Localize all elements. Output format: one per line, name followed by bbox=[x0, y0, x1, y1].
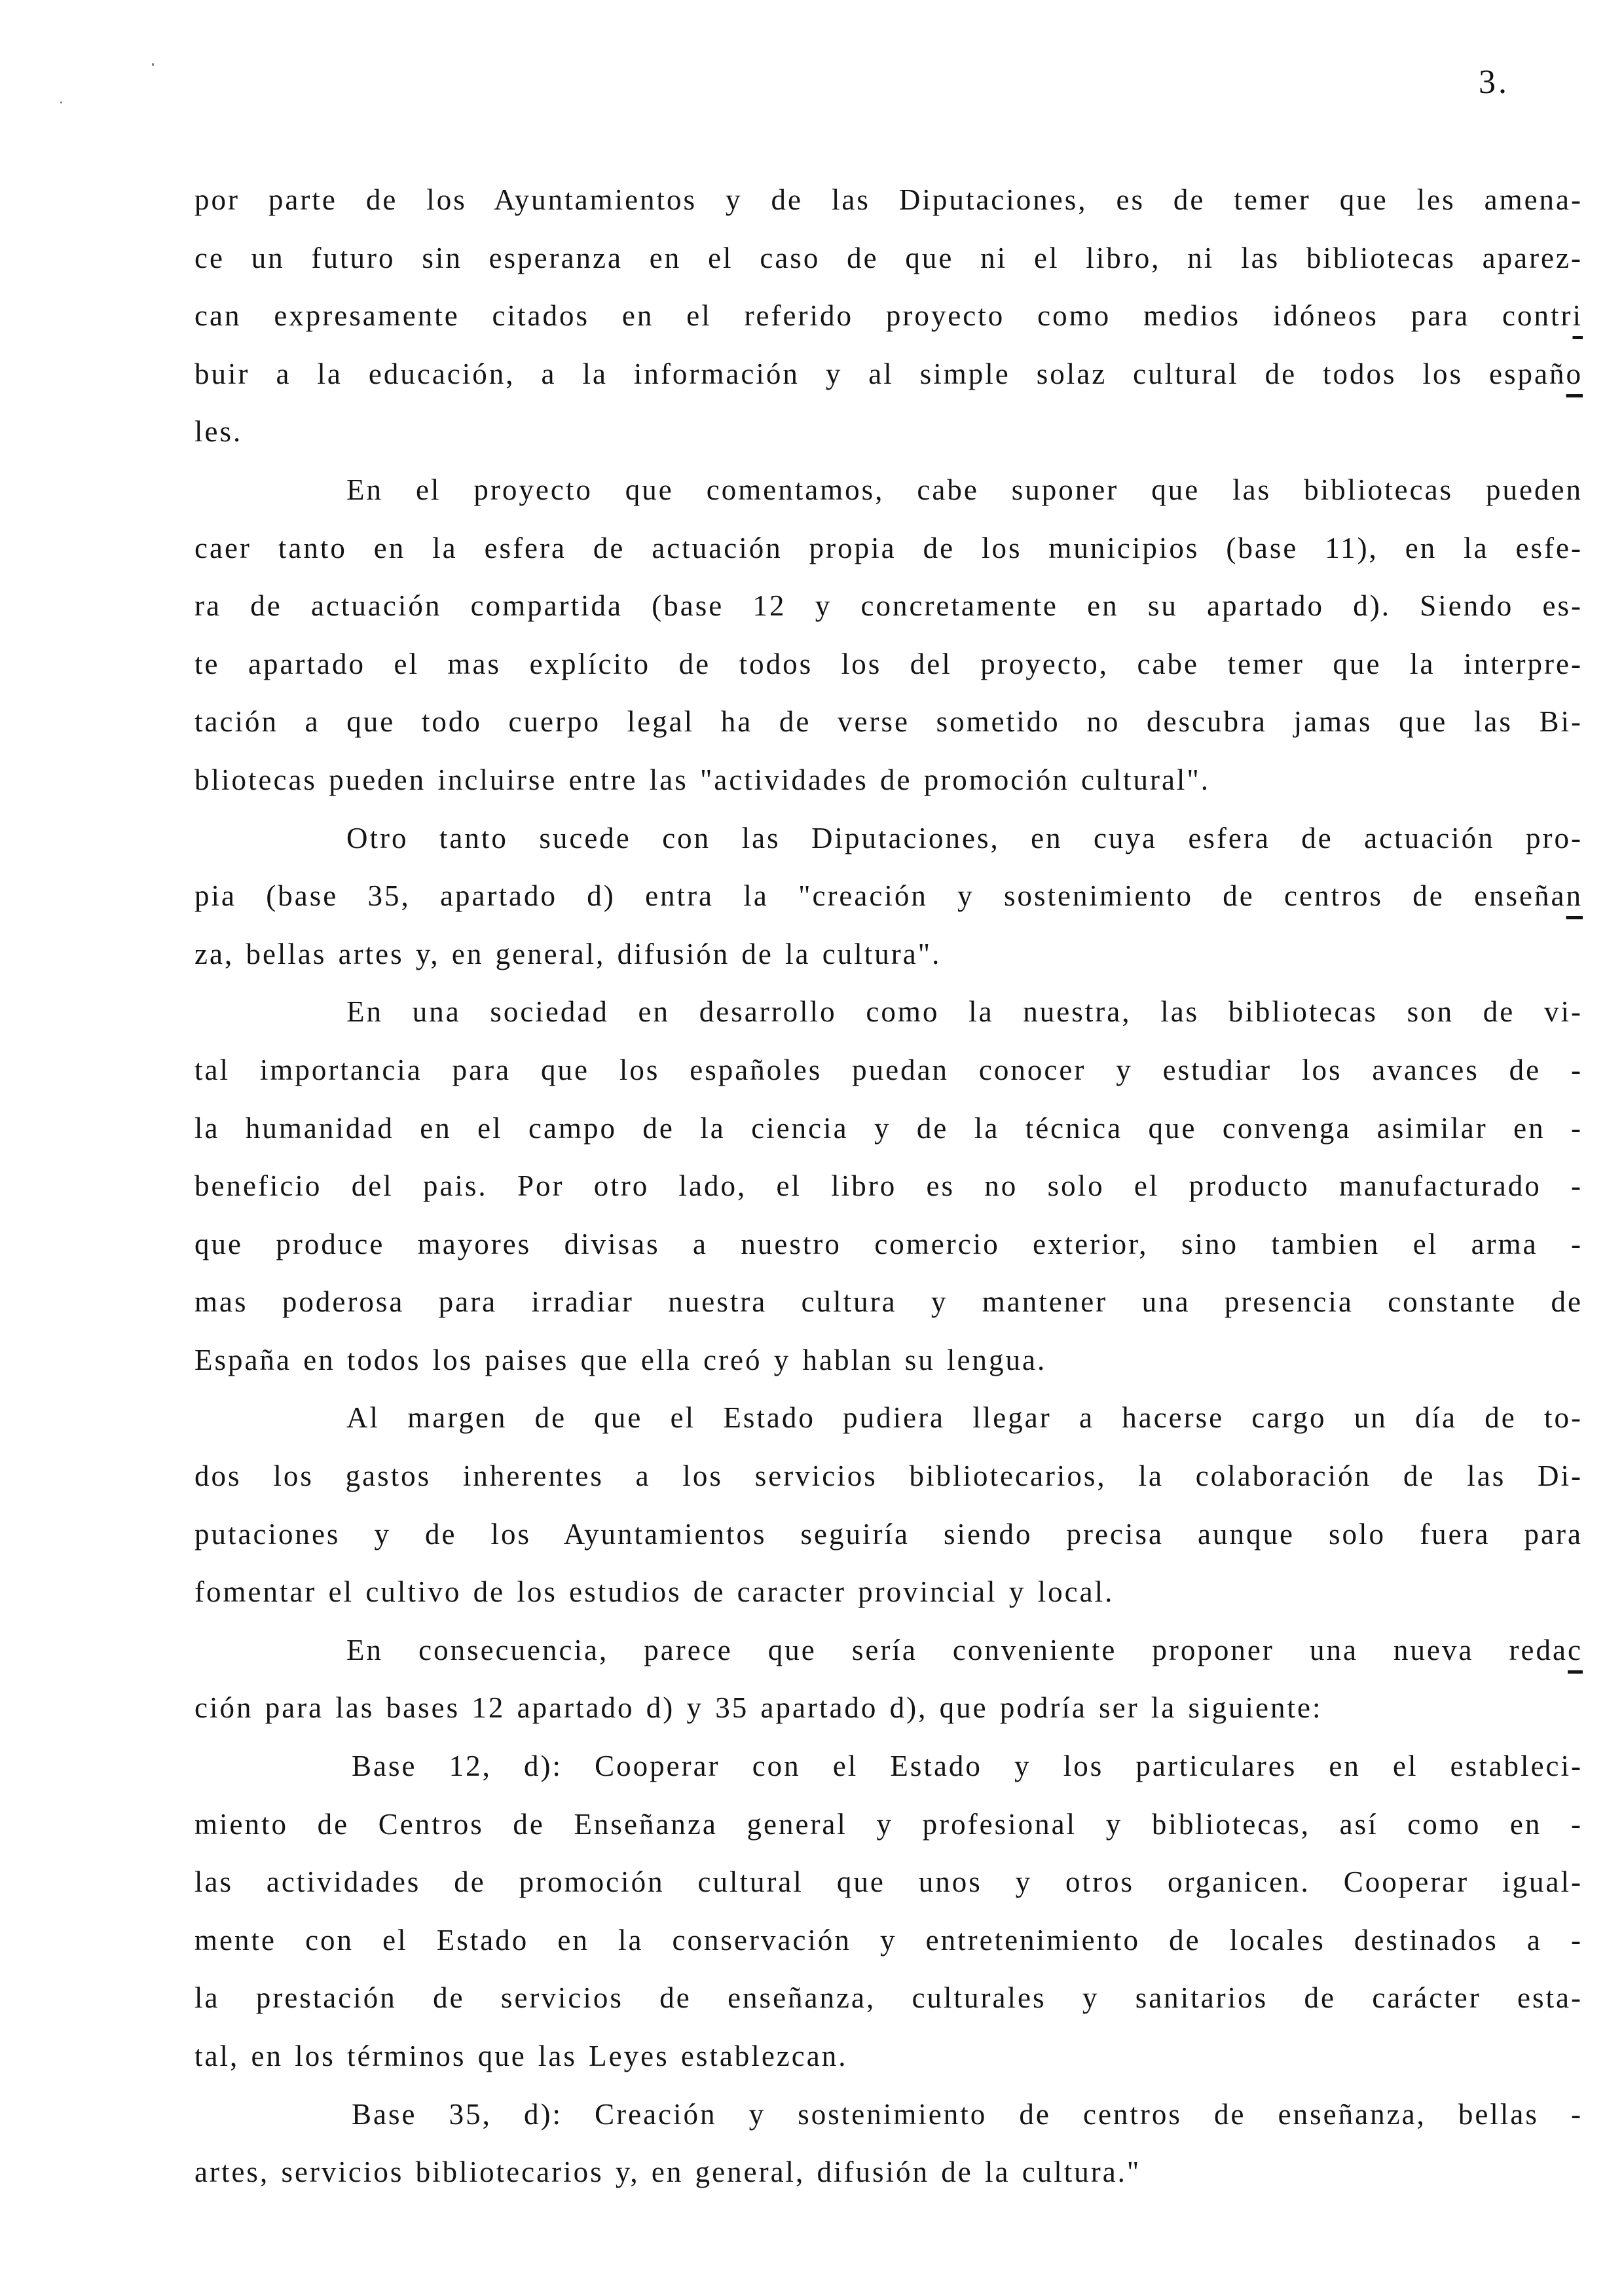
line-text: pia (base 35, apartado d) entra la "crea… bbox=[194, 879, 1566, 912]
line-text: mente con el Estado en la conservación y… bbox=[194, 1924, 1583, 1956]
line-text: tación a que todo cuerpo legal ha de ver… bbox=[194, 705, 1583, 738]
underlined-hyphen-char: i bbox=[1572, 299, 1583, 332]
text-line: za, bellas artes y, en general, difusión… bbox=[194, 931, 1583, 989]
line-text: España en todos los paises que ella creó… bbox=[194, 1344, 1046, 1376]
text-line: bliotecas pueden incluirse entre las "ac… bbox=[194, 757, 1583, 815]
text-line: Base 12, d): Cooperar con el Estado y lo… bbox=[194, 1743, 1583, 1801]
line-text: Base 12, d): Cooperar con el Estado y lo… bbox=[352, 1750, 1583, 1782]
line-text: En consecuencia, parece que sería conven… bbox=[346, 1634, 1568, 1666]
underlined-hyphen-char: o bbox=[1566, 358, 1583, 390]
line-text: ce un futuro sin esperanza en el caso de… bbox=[194, 242, 1583, 274]
text-line: En consecuencia, parece que sería conven… bbox=[194, 1627, 1583, 1685]
text-line: las actividades de promoción cultural qu… bbox=[194, 1859, 1583, 1917]
line-text: tal, en los términos que las Leyes estab… bbox=[194, 2040, 847, 2072]
text-line: En una sociedad en desarrollo como la nu… bbox=[194, 989, 1583, 1047]
text-line: mente con el Estado en la conservación y… bbox=[194, 1917, 1583, 1975]
text-line: ce un futuro sin esperanza en el caso de… bbox=[194, 235, 1583, 293]
line-text: las actividades de promoción cultural qu… bbox=[194, 1865, 1583, 1898]
line-text: buir a la educación, a la información y … bbox=[194, 358, 1566, 390]
paragraph: En una sociedad en desarrollo como la nu… bbox=[194, 989, 1583, 1395]
line-text: mas poderosa para irradiar nuestra cultu… bbox=[194, 1285, 1583, 1318]
text-line: Base 35, d): Creación y sostenimiento de… bbox=[194, 2091, 1583, 2150]
body-text: por parte de los Ayuntamientos y de las … bbox=[194, 177, 1583, 2207]
line-text: te apartado el mas explícito de todos lo… bbox=[194, 648, 1583, 680]
text-line: que produce mayores divisas a nuestro co… bbox=[194, 1221, 1583, 1279]
text-line: miento de Centros de Enseñanza general y… bbox=[194, 1801, 1583, 1860]
underlined-hyphen-char: c bbox=[1568, 1634, 1583, 1666]
text-line: mas poderosa para irradiar nuestra cultu… bbox=[194, 1279, 1583, 1337]
line-text: les. bbox=[194, 415, 242, 448]
line-text: Al margen de que el Estado pudiera llega… bbox=[346, 1401, 1583, 1434]
page-number: 3. bbox=[1479, 63, 1509, 101]
line-text: En una sociedad en desarrollo como la nu… bbox=[346, 995, 1583, 1028]
line-text: miento de Centros de Enseñanza general y… bbox=[194, 1808, 1583, 1841]
text-line: tal importancia para que los españoles p… bbox=[194, 1047, 1583, 1105]
line-text: la prestación de servicios de enseñanza,… bbox=[194, 1981, 1583, 2014]
underlined-hyphen-char: n bbox=[1566, 879, 1583, 912]
line-text: beneficio del pais. Por otro lado, el li… bbox=[194, 1169, 1583, 1202]
text-line: fomentar el cultivo de los estudios de c… bbox=[194, 1569, 1583, 1627]
text-line: Otro tanto sucede con las Diputaciones, … bbox=[194, 815, 1583, 873]
text-line: Al margen de que el Estado pudiera llega… bbox=[194, 1395, 1583, 1453]
line-text: dos los gastos inherentes a los servicio… bbox=[194, 1460, 1583, 1492]
text-line: pia (base 35, apartado d) entra la "crea… bbox=[194, 873, 1583, 931]
line-text: can expresamente citados en el referido … bbox=[194, 299, 1572, 332]
paragraph: Al margen de que el Estado pudiera llega… bbox=[194, 1395, 1583, 1626]
line-text: ra de actuación compartida (base 12 y co… bbox=[194, 589, 1583, 622]
line-text: fomentar el cultivo de los estudios de c… bbox=[194, 1575, 1114, 1608]
text-line: tación a que todo cuerpo legal ha de ver… bbox=[194, 699, 1583, 757]
text-line: beneficio del pais. Por otro lado, el li… bbox=[194, 1163, 1583, 1221]
line-text: Otro tanto sucede con las Diputaciones, … bbox=[346, 822, 1583, 854]
line-text: que produce mayores divisas a nuestro co… bbox=[194, 1228, 1583, 1260]
scan-speck bbox=[152, 63, 154, 66]
document-page: 3. por parte de los Ayuntamientos y de l… bbox=[0, 0, 1624, 2295]
paragraph: Base 12, d): Cooperar con el Estado y lo… bbox=[194, 1743, 1583, 2091]
line-text: putaciones y de los Ayuntamientos seguir… bbox=[194, 1518, 1583, 1551]
paragraph: En el proyecto que comentamos, cabe supo… bbox=[194, 467, 1583, 815]
text-line: buir a la educación, a la información y … bbox=[194, 351, 1583, 409]
paragraph: Otro tanto sucede con las Diputaciones, … bbox=[194, 815, 1583, 989]
paragraph: En consecuencia, parece que sería conven… bbox=[194, 1627, 1583, 1743]
text-line: la prestación de servicios de enseñanza,… bbox=[194, 1975, 1583, 2033]
text-line: España en todos los paises que ella creó… bbox=[194, 1337, 1583, 1395]
text-line: te apartado el mas explícito de todos lo… bbox=[194, 641, 1583, 699]
line-text: Base 35, d): Creación y sostenimiento de… bbox=[352, 2098, 1583, 2131]
line-text: tal importancia para que los españoles p… bbox=[194, 1054, 1583, 1086]
text-line: caer tanto en la esfera de actuación pro… bbox=[194, 525, 1583, 583]
line-text: la humanidad en el campo de la ciencia y… bbox=[194, 1112, 1583, 1145]
paragraph: por parte de los Ayuntamientos y de las … bbox=[194, 177, 1583, 467]
line-text: bliotecas pueden incluirse entre las "ac… bbox=[194, 763, 1210, 796]
scan-speck bbox=[60, 101, 62, 103]
text-line: por parte de los Ayuntamientos y de las … bbox=[194, 177, 1583, 235]
text-line: les. bbox=[194, 409, 1583, 467]
line-text: En el proyecto que comentamos, cabe supo… bbox=[346, 473, 1583, 506]
text-line: dos los gastos inherentes a los servicio… bbox=[194, 1453, 1583, 1511]
line-text: za, bellas artes y, en general, difusión… bbox=[194, 938, 941, 970]
text-line: ra de actuación compartida (base 12 y co… bbox=[194, 583, 1583, 641]
text-line: la humanidad en el campo de la ciencia y… bbox=[194, 1105, 1583, 1164]
line-text: ción para las bases 12 apartado d) y 35 … bbox=[194, 1691, 1323, 1724]
line-text: caer tanto en la esfera de actuación pro… bbox=[194, 532, 1583, 564]
text-line: artes, servicios bibliotecarios y, en ge… bbox=[194, 2149, 1583, 2207]
text-line: can expresamente citados en el referido … bbox=[194, 293, 1583, 351]
text-line: En el proyecto que comentamos, cabe supo… bbox=[194, 467, 1583, 525]
line-text: por parte de los Ayuntamientos y de las … bbox=[194, 183, 1583, 216]
text-line: tal, en los términos que las Leyes estab… bbox=[194, 2033, 1583, 2091]
paragraph: Base 35, d): Creación y sostenimiento de… bbox=[194, 2091, 1583, 2207]
line-text: artes, servicios bibliotecarios y, en ge… bbox=[194, 2156, 1141, 2188]
text-line: ción para las bases 12 apartado d) y 35 … bbox=[194, 1685, 1583, 1743]
text-line: putaciones y de los Ayuntamientos seguir… bbox=[194, 1511, 1583, 1570]
